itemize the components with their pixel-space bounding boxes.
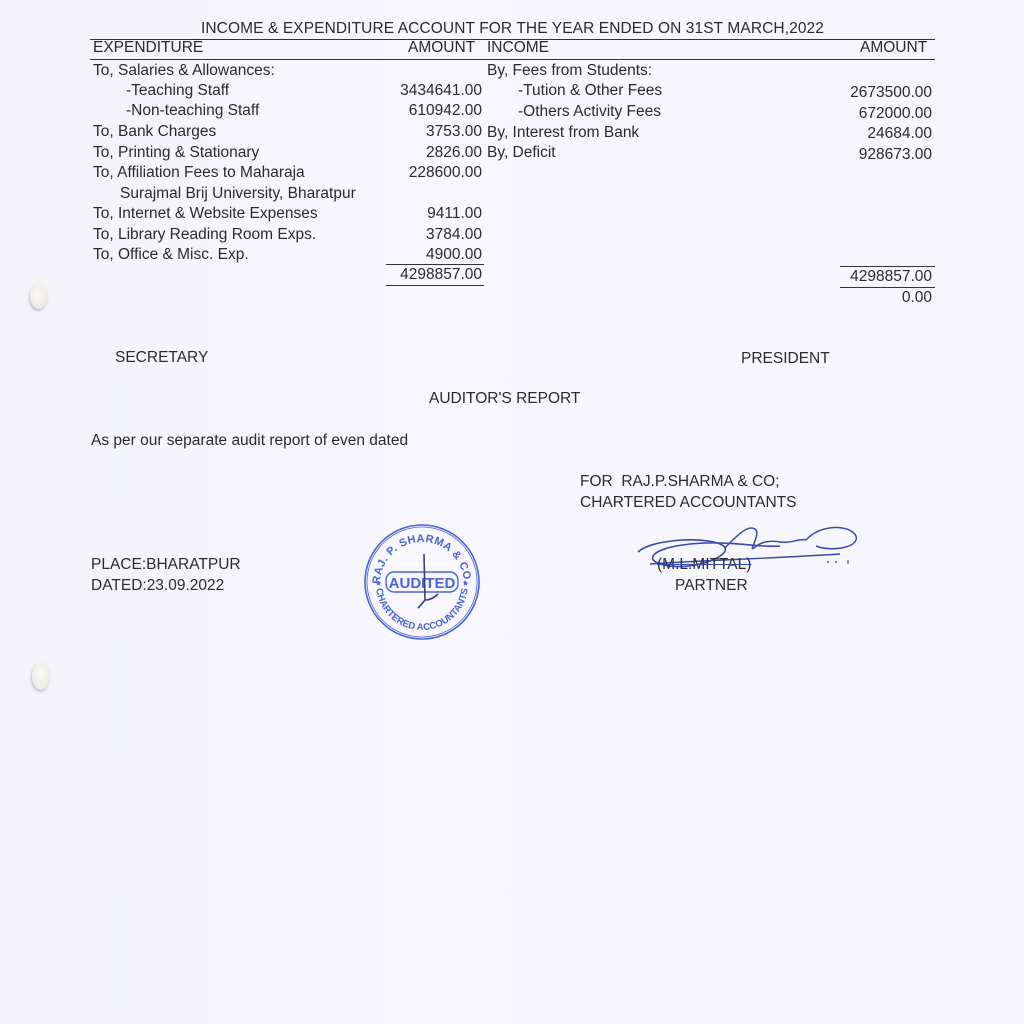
expenditure-label: To, Library Reading Room Exps. bbox=[93, 226, 316, 244]
signer-role: PARTNER bbox=[675, 577, 748, 595]
income-label: By, Interest from Bank bbox=[487, 124, 639, 142]
svg-text:CHARTERED ACCOUNTANTS: CHARTERED ACCOUNTANTS bbox=[373, 587, 471, 633]
expenditure-amount: 610942.00 bbox=[409, 102, 482, 120]
expenditure-label: To, Affiliation Fees to Maharaja bbox=[93, 164, 305, 182]
income-label: -Tution & Other Fees bbox=[518, 82, 662, 100]
expenditure-label: -Non-teaching Staff bbox=[126, 102, 259, 120]
document-page: INCOME & EXPENDITURE ACCOUNT FOR THE YEA… bbox=[0, 0, 1024, 1024]
income-label: By, Fees from Students: bbox=[487, 62, 652, 80]
income-total-rule-bottom bbox=[840, 287, 935, 288]
income-amount: 24684.00 bbox=[867, 125, 932, 143]
income-label: -Others Activity Fees bbox=[518, 103, 661, 121]
president-label: PRESIDENT bbox=[741, 350, 830, 368]
expenditure-label: To, Internet & Website Expenses bbox=[93, 205, 318, 223]
header-expenditure: EXPENDITURE bbox=[93, 39, 203, 57]
document-title: INCOME & EXPENDITURE ACCOUNT FOR THE YEA… bbox=[90, 20, 935, 38]
income-total: 4298857.00 bbox=[850, 268, 932, 286]
auditor-report-heading: AUDITOR'S REPORT bbox=[429, 390, 580, 408]
expenditure-amount: 228600.00 bbox=[409, 164, 482, 182]
auditor-firm-name: FOR RAJ.P.SHARMA & CO; bbox=[580, 473, 780, 491]
expenditure-label: To, Salaries & Allowances: bbox=[93, 62, 275, 80]
expenditure-amount: 3753.00 bbox=[426, 123, 482, 141]
expenditure-label: To, Office & Misc. Exp. bbox=[93, 246, 249, 264]
auditor-firm-type: CHARTERED ACCOUNTANTS bbox=[580, 494, 796, 512]
income-total-rule-top bbox=[840, 266, 935, 267]
header-amount-left: AMOUNT bbox=[408, 39, 475, 57]
expenditure-amount: 3784.00 bbox=[426, 226, 482, 244]
expenditure-label: Surajmal Brij University, Bharatpur bbox=[120, 185, 356, 203]
punch-hole-top bbox=[30, 283, 48, 309]
auditor-statement: As per our separate audit report of even… bbox=[91, 432, 408, 450]
expenditure-amount: 4900.00 bbox=[426, 246, 482, 264]
expenditure-amount: 9411.00 bbox=[427, 205, 482, 223]
punch-hole-bottom bbox=[32, 662, 50, 690]
expenditure-total-rule-top bbox=[386, 264, 484, 265]
income-amount: 672000.00 bbox=[859, 105, 932, 123]
place-label: PLACE:BHARATPUR bbox=[91, 556, 241, 574]
expenditure-label: To, Bank Charges bbox=[93, 123, 216, 141]
expenditure-total: 4298857.00 bbox=[400, 266, 482, 284]
header-amount-right: AMOUNT bbox=[860, 39, 927, 57]
signer-name: (M.L.MITTAL) bbox=[657, 556, 751, 574]
header-bottom-rule bbox=[90, 59, 935, 60]
income-amount: 2673500.00 bbox=[850, 84, 932, 102]
header-income: INCOME bbox=[487, 39, 549, 57]
income-amount: 928673.00 bbox=[859, 146, 932, 164]
audited-stamp-icon: RAJ. P. SHARMA & CO. CHARTERED ACCOUNTAN… bbox=[362, 522, 482, 642]
dated-label: DATED:23.09.2022 bbox=[91, 577, 224, 595]
expenditure-total-rule-bottom bbox=[386, 285, 484, 286]
difference-amount: 0.00 bbox=[902, 289, 932, 307]
svg-text:★: ★ bbox=[462, 579, 469, 588]
svg-text:★: ★ bbox=[375, 579, 382, 588]
secretary-label: SECRETARY bbox=[115, 349, 208, 367]
income-label: By, Deficit bbox=[487, 144, 556, 162]
expenditure-amount: 2826.00 bbox=[426, 144, 482, 162]
expenditure-label: To, Printing & Stationary bbox=[93, 144, 259, 162]
expenditure-amount: 3434641.00 bbox=[400, 82, 482, 100]
svg-text:AUDITED: AUDITED bbox=[389, 575, 456, 592]
expenditure-label: -Teaching Staff bbox=[126, 82, 229, 100]
